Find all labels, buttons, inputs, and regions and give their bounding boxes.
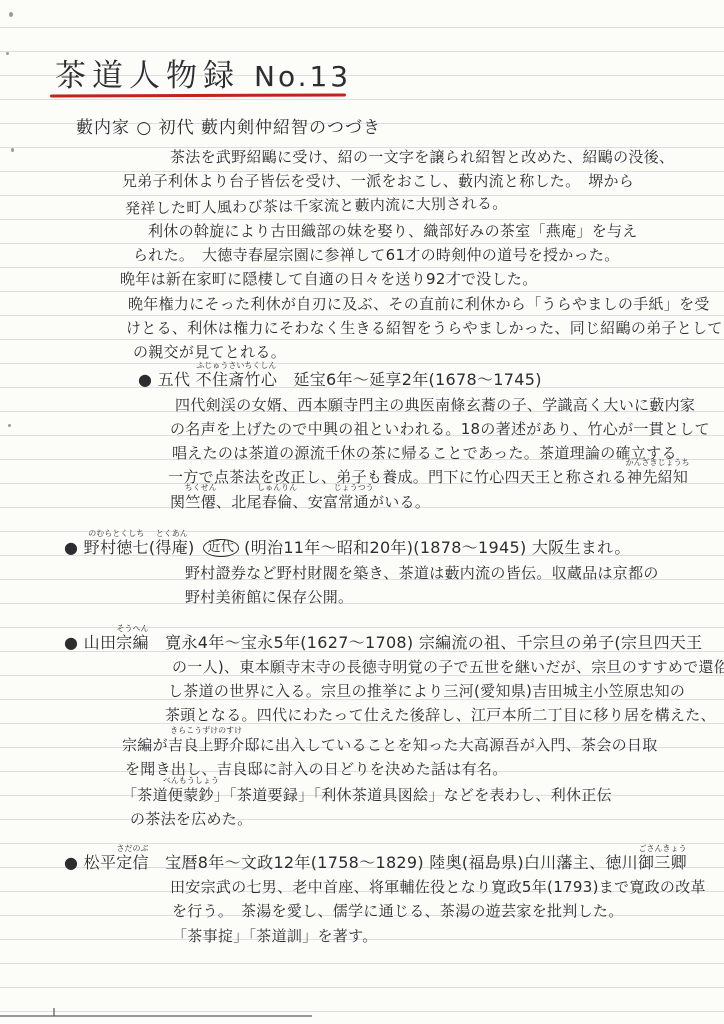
scan-speck bbox=[9, 12, 13, 17]
text-run: の茶法を広めた。 bbox=[130, 810, 252, 828]
ruby-annotated-text: 神先紹知かんざきじょうち bbox=[627, 467, 688, 487]
text-run: を行う。 茶湯を愛し、儒学に通じる、茶湯の遊芸家を批判した。 bbox=[172, 902, 624, 920]
ruby-annotated-text: 御三卿ごさんきょう bbox=[638, 853, 687, 873]
text-run: 関 bbox=[170, 493, 185, 511]
text-run: 、北尾 bbox=[216, 493, 262, 511]
ruby-annotated-text: 定信さだのぶ bbox=[116, 853, 149, 873]
scan-edge-line bbox=[0, 1015, 312, 1017]
text-run: 」「茶道要録」「利休茶道具図絵」などを表わし、利休正伝 bbox=[214, 786, 612, 804]
text-run: 「茶道 bbox=[122, 786, 168, 804]
ruby-annotated-text: 便蒙鈔べんもうしょう bbox=[168, 785, 214, 805]
text-run: 「茶事掟」「茶道訓」を著す。 bbox=[172, 927, 378, 945]
handwritten-line-yabunouchi-family-intro: 利休の斡旋により古田織部の妹を娶り、織部好みの茶室「燕庵」を与え bbox=[148, 221, 638, 241]
text-run: 延宝6年～延享2年(1678～1745) bbox=[277, 370, 542, 389]
text-run: ● 五代 bbox=[138, 370, 196, 389]
handwritten-line-yamada-sohen: 「茶道便蒙鈔べんもうしょう」「茶道要録」「利休茶道具図絵」などを表わし、利休正伝 bbox=[122, 785, 612, 805]
handwritten-line-nomura-tokushichi: ● 野村徳七のむらとくしち(得庵とくあん)近代(明治11年～昭和20年)(187… bbox=[64, 538, 631, 559]
scan-speck bbox=[11, 148, 14, 152]
handwritten-line-yamada-sohen: ● 山田宗編そうへん 寛永4年～宝永5年(1627～1708) 宗編流の祖、千宗… bbox=[64, 633, 702, 653]
text-run: し茶道の世界に入る。宗旦の推挙により三河(愛知県)吉田城主小笠原忠知の bbox=[168, 682, 685, 700]
text-run: 田安宗武の七男、老中首座、将軍輔佐役となり寛政5年(1793)まで寛政の改革 bbox=[170, 878, 706, 896]
text-run: 発祥した町人風わび茶は千家流と藪内流に大別される。 bbox=[125, 194, 508, 217]
text-run: 宗編が bbox=[122, 736, 168, 754]
scan-edge-tick bbox=[53, 1008, 55, 1016]
handwritten-line-matsudaira-sadanobu: ● 松平定信さだのぶ 宝暦8年～文政12年(1758～1829) 陸奥(福島県)… bbox=[64, 853, 687, 873]
text-run: ) bbox=[188, 538, 195, 557]
handwritten-line-yabunouchi-family-intro: 兄弟子利休より台子皆伝を受け、一派をおこし、藪内流と称した。 堺から bbox=[122, 171, 634, 191]
text-run: の一人)、東本願寺末寺の長徳寺明覚の子で五世を継いだが、宗旦のすすめで還俗 bbox=[172, 658, 724, 676]
text-run: 唱えたのは茶道の源流千休の茶に帰ることであった。茶道理論の確立する bbox=[172, 444, 677, 462]
handwritten-line-yabunouchi-family-intro: 晩年は新在家町に隠棲して自適の日々を送り92才で没した。 bbox=[120, 269, 538, 289]
handwritten-line-yabunouchi-family-intro: 藪内家 ○ 初代 藪内剣仲紹智のつづき bbox=[76, 118, 381, 138]
handwritten-line-yamada-sohen: 宗編が吉良上野介きらこうずけのすけ邸に出入していることを知った大高源吾が入門、茶… bbox=[122, 735, 658, 755]
handwritten-line-yamada-sohen: し茶道の世界に入る。宗旦の推挙により三河(愛知県)吉田城主小笠原忠知の bbox=[168, 681, 685, 701]
handwritten-line-godai-fujusai-chikushin: 関竺僊ちくせん、北尾春倫しゅんりん、安富常通じょうつうがいる。 bbox=[170, 492, 430, 512]
handwritten-line-yamada-sohen: の一人)、東本願寺末寺の長徳寺明覚の子で五世を継いだが、宗旦のすすめで還俗 bbox=[172, 657, 724, 677]
text-run: ● 松平 bbox=[64, 853, 116, 872]
ruby-annotated-text: 得庵とくあん bbox=[155, 538, 188, 558]
ruby-annotated-text: 春倫しゅんりん bbox=[262, 492, 293, 512]
handwritten-line-godai-fujusai-chikushin: 四代剣渓の女婿、西本願寺門主の典医南條玄蕎の子、学識高く大いに藪内家 bbox=[175, 395, 695, 415]
scan-speck bbox=[8, 424, 11, 427]
text-run: ● 山田 bbox=[64, 633, 116, 652]
page-title: 茶道人物録No.13 bbox=[55, 50, 351, 95]
text-run: 邸に出入していることを知った大高源吾が入門、茶会の日取 bbox=[244, 736, 657, 754]
text-run: 宝暦8年～文政12年(1758～1829) 陸奥(福島県)白川藩主、徳川 bbox=[149, 853, 638, 872]
handwritten-line-yabunouchi-family-intro: の親交が見てとれる。 bbox=[133, 342, 286, 362]
text-run: 四代剣渓の女婿、西本願寺門主の典医南條玄蕎の子、学識高く大いに藪内家 bbox=[175, 396, 695, 414]
handwritten-line-matsudaira-sadanobu: 「茶事掟」「茶道訓」を著す。 bbox=[172, 926, 378, 946]
text-run: がいる。 bbox=[369, 493, 430, 511]
ruby-annotated-text: 不住斎竹心ふじゅうさいちくしん bbox=[196, 370, 278, 390]
text-run: けとる、利休は権力にそわなく生きる紹智をうらやましかった、同じ紹鷗の弟子として bbox=[126, 319, 723, 337]
ruby-annotated-text: 吉良上野介きらこうずけのすけ bbox=[168, 735, 245, 755]
text-run: 寛永4年～宝永5年(1627～1708) 宗編流の祖、千宗旦の弟子(宗旦四天王 bbox=[149, 633, 703, 652]
text-run: ● bbox=[64, 538, 84, 557]
handwritten-line-godai-fujusai-chikushin: 一方で点茶法を改正し、弟子も養成。門下に竹心四天王と称される神先紹知かんざきじょ… bbox=[168, 467, 688, 487]
text-run: 野村美術館に保存公開。 bbox=[185, 588, 353, 606]
handwritten-line-yabunouchi-family-intro: 茶法を武野紹鷗に受け、紹の一文字を譲られ紹智と改めた、紹鷗の没後、 bbox=[170, 147, 674, 167]
text-run: 茶法を武野紹鷗に受け、紹の一文字を譲られ紹智と改めた、紹鷗の没後、 bbox=[170, 148, 674, 166]
handwritten-line-yamada-sohen: 茶頭となる。四代にわたって仕えた後辞し、江戸本所二丁目に移り居を構えた、 bbox=[165, 705, 716, 725]
text-run: の親交が見てとれる。 bbox=[133, 343, 286, 361]
text-run: 、安富 bbox=[292, 493, 338, 511]
handwritten-line-godai-fujusai-chikushin: の名声を上げたので中興の祖といわれる。18の著述があり、竹心が一貫として bbox=[170, 419, 710, 439]
ruby-annotated-text: 常通じょうつう bbox=[338, 492, 369, 512]
notebook-page: 茶道人物録No.13 藪内家 ○ 初代 藪内剣仲紹智のつづき茶法を武野紹鷗に受け… bbox=[0, 0, 724, 1024]
handwritten-line-yabunouchi-family-intro: 晩年権力にそった利休が自刃に及ぶ、その直前に利休から「うらやましの手紙」を受 bbox=[128, 294, 710, 314]
ruby-annotated-text: 野村徳七のむらとくしち bbox=[84, 538, 149, 558]
ruby-annotated-text: 宗編そうへん bbox=[116, 633, 149, 653]
handwritten-line-matsudaira-sadanobu: を行う。 茶湯を愛し、儒学に通じる、茶湯の遊芸家を批判した。 bbox=[172, 901, 624, 921]
title-underline bbox=[50, 93, 346, 97]
handwritten-line-yabunouchi-family-intro: られた。 大徳寺春屋宗園に参禅して61才の時剣仲の道号を授かった。 bbox=[133, 245, 620, 265]
text-run: の名声を上げたので中興の祖といわれる。18の著述があり、竹心が一貫として bbox=[170, 420, 710, 438]
page-title-main: 茶道人物録 bbox=[55, 58, 240, 94]
handwritten-line-nomura-tokushichi: 野村證券など野村財閥を築き、茶道は藪内流の皆伝。収蔵品は京都の bbox=[185, 563, 659, 583]
text-run: られた。 大徳寺春屋宗園に参禅して61才の時剣仲の道号を授かった。 bbox=[133, 246, 620, 264]
handwritten-line-matsudaira-sadanobu: 田安宗武の七男、老中首座、将軍輔佐役となり寛政5年(1793)まで寛政の改革 bbox=[170, 877, 706, 897]
text-run: 晩年権力にそった利休が自刃に及ぶ、その直前に利休から「うらやましの手紙」を受 bbox=[128, 295, 710, 313]
handwritten-line-nomura-tokushichi: 野村美術館に保存公開。 bbox=[185, 587, 353, 607]
text-run: 兄弟子利休より台子皆伝を受け、一派をおこし、藪内流と称した。 堺から bbox=[122, 172, 634, 190]
text-run: 藪内家 ○ 初代 藪内剣仲紹智のつづき bbox=[76, 118, 381, 138]
ruby-annotated-text: 竺僊ちくせん bbox=[185, 492, 216, 512]
text-run: 野村證券など野村財閥を築き、茶道は藪内流の皆伝。収蔵品は京都の bbox=[185, 564, 659, 582]
handwritten-line-godai-fujusai-chikushin: ● 五代 不住斎竹心ふじゅうさいちくしん 延宝6年～延享2年(1678～1745… bbox=[138, 370, 542, 390]
handwritten-line-yabunouchi-family-intro: 発祥した町人風わび茶は千家流と藪内流に大別される。 bbox=[125, 193, 508, 218]
text-run: 茶頭となる。四代にわたって仕えた後辞し、江戸本所二丁目に移り居を構えた、 bbox=[165, 706, 716, 724]
text-run: (明治11年～昭和20年)(1878～1945) 大阪生まれ。 bbox=[244, 538, 630, 557]
text-run: 晩年は新在家町に隠棲して自適の日々を送り92才で没した。 bbox=[120, 270, 538, 288]
circled-label: 近代 bbox=[203, 539, 240, 557]
handwritten-line-godai-fujusai-chikushin: 唱えたのは茶道の源流千休の茶に帰ることであった。茶道理論の確立する bbox=[172, 443, 677, 463]
text-run: 一方で点茶法を改正し、弟子も養成。門下に竹心四天王と称される bbox=[168, 468, 627, 486]
text-run: 利休の斡旋により古田織部の妹を娶り、織部好みの茶室「燕庵」を与え bbox=[148, 222, 638, 240]
scan-speck bbox=[6, 52, 9, 55]
handwritten-line-yabunouchi-family-intro: けとる、利休は権力にそわなく生きる紹智をうらやましかった、同じ紹鷗の弟子として bbox=[126, 318, 723, 338]
page-title-number: No.13 bbox=[254, 60, 351, 93]
handwritten-line-yamada-sohen: の茶法を広めた。 bbox=[130, 809, 252, 829]
